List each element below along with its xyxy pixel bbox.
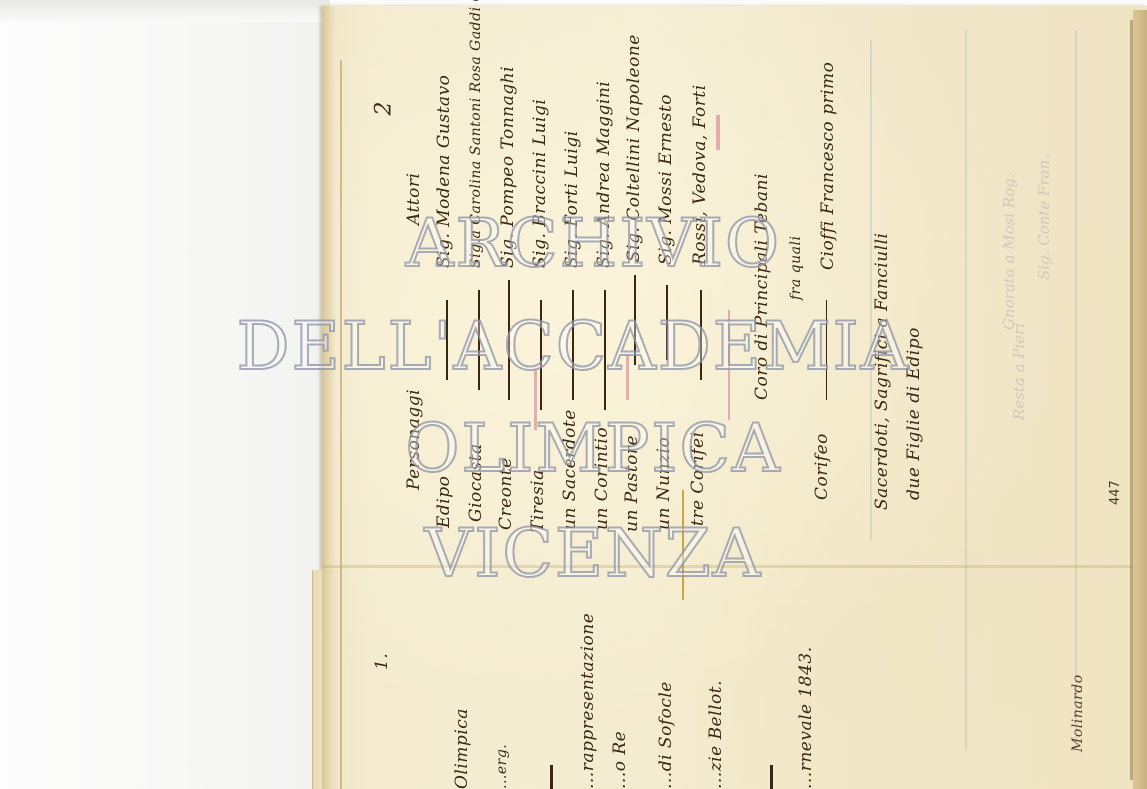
lower-line: ...erg. <box>494 744 510 789</box>
scanner-background <box>0 0 330 789</box>
bleed-through-text: Resta a Pieri <box>1010 323 1028 420</box>
role-dash <box>604 290 606 410</box>
actor-name: Sig. Coltellini Napoleone <box>624 34 644 262</box>
pink-pencil-mark <box>626 355 629 400</box>
role-name: Edipo <box>434 476 454 528</box>
page-left-edge <box>322 6 336 789</box>
pink-pencil-mark <box>534 370 537 430</box>
lower-line: ...rappresentazione <box>578 613 598 789</box>
lower-line: Olimpica <box>452 708 472 789</box>
role-dash <box>666 285 668 360</box>
role-dash <box>508 280 510 400</box>
signature: Molinardo <box>1070 674 1086 752</box>
role-dash <box>572 290 574 400</box>
lower-line: ...zie Bellot. <box>706 680 726 789</box>
bleed-through-line <box>965 30 967 750</box>
role-dash <box>446 300 448 380</box>
horizontal-fold <box>322 565 1147 568</box>
page-number: 2 <box>372 102 397 116</box>
scanner-top-shadow <box>0 0 330 22</box>
corifeo-label: Corifeo <box>812 433 832 500</box>
lower-line: ...di Sofocle <box>656 681 676 789</box>
actor-name: Rossi, Vedova, Forti <box>690 84 710 265</box>
role-name: un Corintio <box>592 427 612 530</box>
binding-strip <box>1133 10 1147 789</box>
coro-sub: fra quali <box>788 236 804 300</box>
role-name: Giocasta <box>466 443 486 522</box>
coro-label: Coro di Principali Tebani <box>752 173 772 400</box>
role-dash <box>634 275 636 365</box>
actor-name: Sig. Andrea Maggini <box>594 81 614 268</box>
actor-name: Sig. Braccini Luigi <box>530 99 550 268</box>
actor-name: Sig.a Carolina Santoni Rosa Gaddi Carcan… <box>468 0 484 268</box>
lower-dash <box>550 765 553 789</box>
lower-marker: 1. <box>372 653 392 670</box>
corifeo-actor: Cioffi Francesco primo <box>818 62 838 270</box>
actor-name: Sig. Mossi Ernesto <box>656 94 676 265</box>
role-name: un Nunzio <box>654 437 674 530</box>
role-dash <box>540 300 542 410</box>
corifeo-dash <box>826 300 827 400</box>
folio-number: 447 <box>1108 480 1123 505</box>
lower-line: ...o Re <box>610 731 630 789</box>
role-name: un Pastore <box>622 435 642 532</box>
coro-extra-line: Sacerdoti, Sagrifici a Fanciulli <box>872 233 892 510</box>
lower-dash <box>770 765 773 789</box>
yellow-pencil-mark <box>682 490 684 600</box>
role-dash <box>700 290 702 380</box>
role-name: tre Corifei <box>688 431 708 526</box>
role-name: Creonte <box>496 457 516 530</box>
header-attori: Attori <box>404 173 424 225</box>
bleed-through-line <box>1075 30 1077 750</box>
page-fold <box>340 60 342 789</box>
actor-name: Sig. Pompeo Tonnaghi <box>498 66 518 268</box>
actor-name: Sig. Modena Gustavo <box>434 75 454 268</box>
lower-line: ...rnevale 1843. <box>796 646 816 789</box>
coro-extra-line: due Figlie di Edipo <box>904 327 924 500</box>
role-name: un Sacerdote <box>560 409 580 530</box>
pink-pencil-mark <box>728 310 730 420</box>
actor-name: Sig. Forti Luigi <box>562 130 582 268</box>
pink-pencil-mark <box>716 115 720 150</box>
role-name: Tiresia <box>528 469 548 532</box>
role-dash <box>478 290 480 390</box>
header-personaggi: Personaggi <box>404 389 424 490</box>
bleed-through-text: Sig. Conte Fran. <box>1035 155 1053 280</box>
bleed-through-text: Gnorata a Mosi Rog. <box>1000 173 1018 330</box>
